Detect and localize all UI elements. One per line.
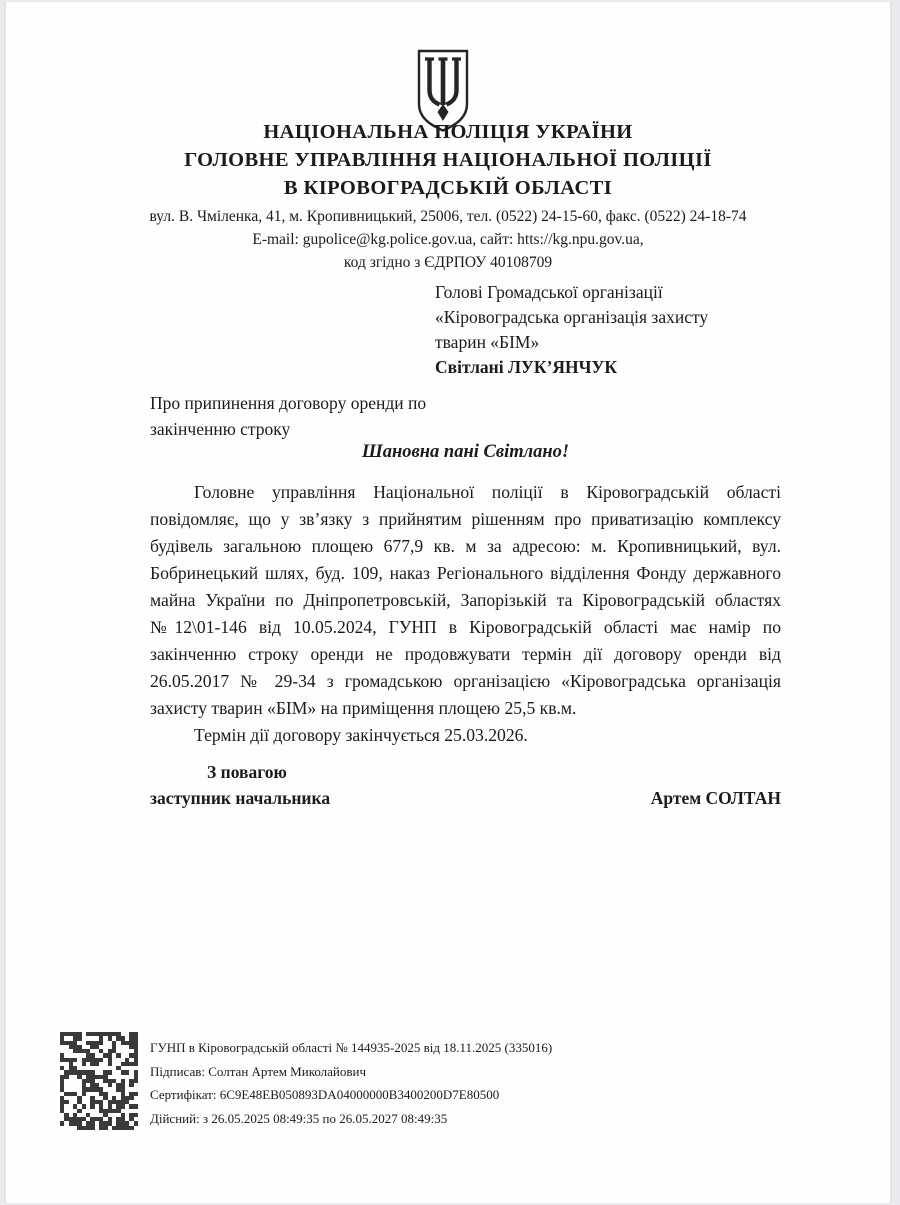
- esign-stamp-text: ГУНП в Кіровоградській області № 144935-…: [150, 1032, 552, 1130]
- signature-position: заступник начальника: [150, 785, 330, 811]
- recipient-line: тварин «БІМ»: [435, 330, 765, 355]
- letter-body: Головне управління Національної поліції …: [150, 479, 781, 749]
- qr-code-icon: [60, 1032, 138, 1130]
- signatory-name: Артем СОЛТАН: [651, 785, 781, 811]
- recipient-line: Голові Громадської організації: [435, 280, 765, 305]
- signature-left: З повагою заступник начальника: [150, 759, 330, 811]
- esign-signer: Підписав: Солтан Артем Миколайович: [150, 1060, 552, 1084]
- salutation: Шановна пані Світлано!: [150, 442, 781, 463]
- body-paragraph: Головне управління Національної поліції …: [150, 479, 781, 722]
- recipient-name: Світлані ЛУК’ЯНЧУК: [435, 355, 765, 380]
- esign-stamp: ГУНП в Кіровоградській області № 144935-…: [60, 1032, 552, 1130]
- recipient-line: «Кіровоградська організація захисту: [435, 305, 765, 330]
- subject-line1: Про припинення договору оренди по: [150, 393, 426, 413]
- org-name-line2: ГОЛОВНЕ УПРАВЛІННЯ НАЦІОНАЛЬНОЇ ПОЛІЦІЇ: [4, 146, 892, 174]
- org-name-line1: НАЦІОНАЛЬНА ПОЛІЦІЯ УКРАЇНИ: [4, 118, 892, 146]
- signature-block: З повагою заступник начальника Артем СОЛ…: [150, 759, 781, 811]
- contacts-line: E-mail: gupolice@kg.police.gov.ua, сайт:…: [4, 228, 892, 251]
- signature-valediction: З повагою: [207, 759, 330, 785]
- edrpou-line: код згідно з ЄДРПОУ 40108709: [4, 251, 892, 274]
- esign-doc-number: ГУНП в Кіровоградській області № 144935-…: [150, 1036, 552, 1060]
- org-name-line3: В КІРОВОГРАДСЬКІЙ ОБЛАСТІ: [4, 174, 892, 202]
- esign-certificate: Сертифікат: 6C9E48EB050893DA04000000B340…: [150, 1083, 552, 1107]
- subject-line2: закінченню строку: [150, 416, 442, 442]
- address-line: вул. В. Чміленка, 41, м. Кропивницький, …: [4, 205, 892, 228]
- letterhead: НАЦІОНАЛЬНА ПОЛІЦІЯ УКРАЇНИ ГОЛОВНЕ УПРА…: [4, 118, 892, 274]
- esign-validity: Дійсний: з 26.05.2025 08:49:35 по 26.05.…: [150, 1107, 552, 1131]
- scanned-letter-page: НАЦІОНАЛЬНА ПОЛІЦІЯ УКРАЇНИ ГОЛОВНЕ УПРА…: [4, 2, 892, 1203]
- recipient-block: Голові Громадської організації «Кіровогр…: [435, 280, 765, 380]
- term-paragraph: Термін дії договору закінчується 25.03.2…: [150, 722, 781, 749]
